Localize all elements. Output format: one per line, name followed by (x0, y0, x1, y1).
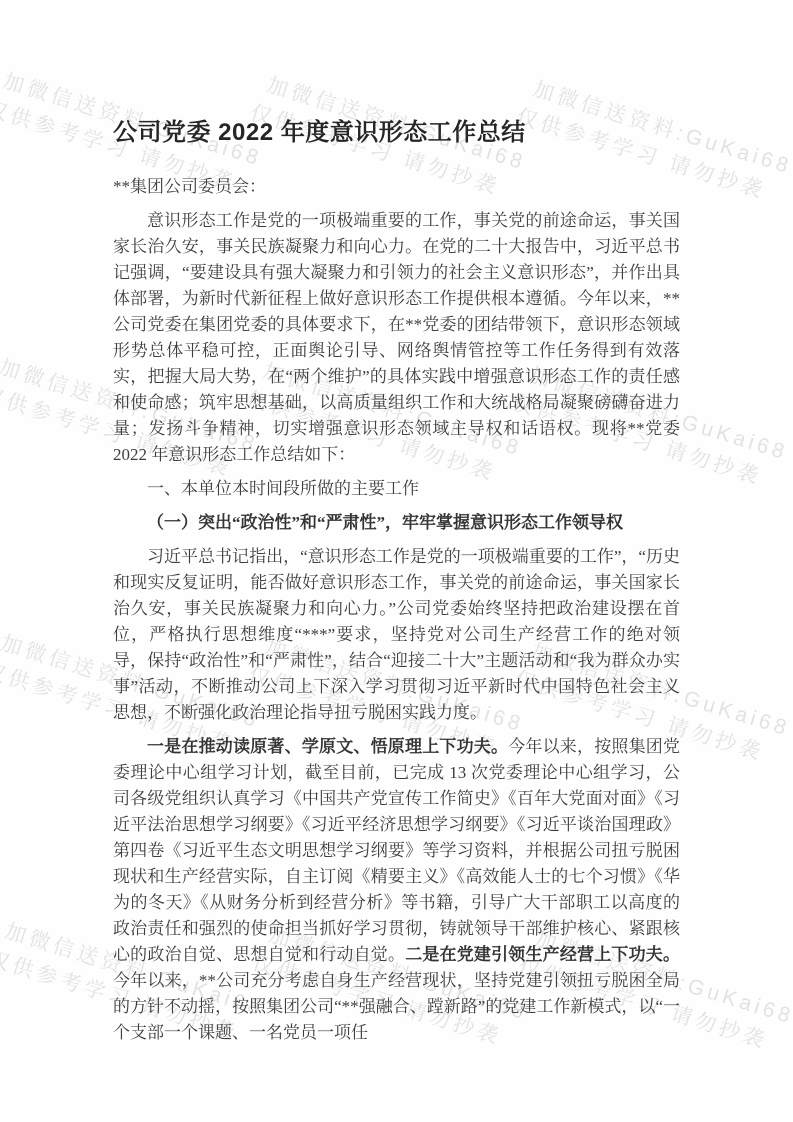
bold-text-run: 二是在党建引领生产经营上下功夫。 (405, 945, 680, 964)
text-run: 今年以来，**公司充分考虑自身生产经营现状，坚持党建引领扭亏脱困全局的方针不动摇… (113, 971, 680, 1042)
text-run: 一、本单位本时间段所做的主要工作 (147, 479, 419, 498)
section-heading-main-work: 一、本单位本时间段所做的主要工作 (113, 476, 680, 502)
text-run: 今年以来，按照集团党委理论中心组学习计划，截至目前，已完成 13 次党委理论中心… (113, 737, 680, 964)
paragraph-intro: 意识形态工作是党的一项极端重要的工作，事关党的前途命运，事关国家长治久安，事关民… (113, 208, 680, 468)
document-title: 公司党委 2022 年度意识形态工作总结 (113, 116, 680, 150)
text-run: **集团公司委员会： (113, 177, 266, 196)
paragraph-political: 习近平总书记指出，“意识形态工作是党的一项极端重要的工作”，“历史和现实反复证明… (113, 544, 680, 726)
document-content: 公司党委 2022 年度意识形态工作总结 **集团公司委员会：意识形态工作是党的… (113, 116, 680, 1054)
bold-text-run: （一）突出“政治性”和“严肃性”，牢牢掌握意识形态工作领导权 (147, 513, 623, 532)
salutation-line: **集团公司委员会： (113, 174, 680, 200)
text-run: 意识形态工作是党的一项极端重要的工作，事关党的前途命运，事关国家长治久安，事关民… (113, 211, 680, 464)
subsection-heading-1: （一）突出“政治性”和“严肃性”，牢牢掌握意识形态工作领导权 (113, 510, 680, 536)
text-run: 习近平总书记指出，“意识形态工作是党的一项极端重要的工作”，“历史和现实反复证明… (113, 547, 680, 722)
bold-text-run: 一是在推动读原著、学原文、悟原理上下功夫。 (147, 737, 508, 756)
paragraph-measures: 一是在推动读原著、学原文、悟原理上下功夫。今年以来，按照集团党委理论中心组学习计… (113, 734, 680, 1046)
document-page: 加微信送资料:GuKai68仅供参考学习 请勿抄袭加微信送资料:GuKai68仅… (0, 0, 793, 1122)
document-body: **集团公司委员会：意识形态工作是党的一项极端重要的工作，事关党的前途命运，事关… (113, 174, 680, 1046)
